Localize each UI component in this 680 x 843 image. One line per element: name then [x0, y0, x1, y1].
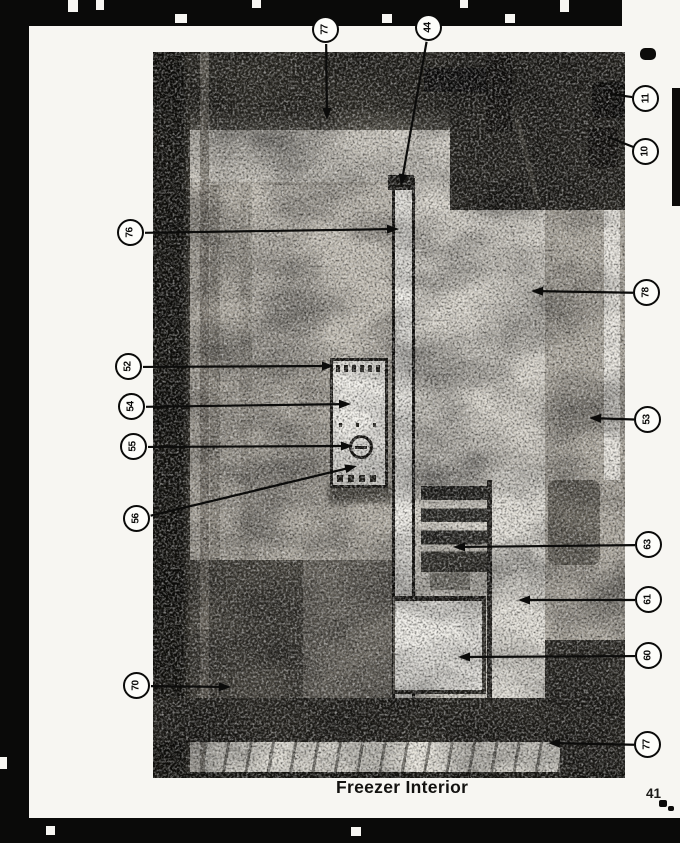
callout-70-14: 70 [123, 672, 150, 699]
freezer-interior-photo [153, 52, 625, 778]
panel-foot [337, 475, 381, 482]
panel-vent-slots [336, 365, 382, 372]
photo-liner-edge [200, 52, 209, 778]
callout-10-3: 10 [632, 138, 659, 165]
hinge-part-lower [588, 128, 618, 168]
manual-page: 77441110767852545556536361607077 Freezer… [0, 0, 680, 843]
callout-label: 44 [423, 22, 434, 32]
scan-border-top [0, 0, 622, 26]
callout-label: 77 [320, 24, 331, 34]
border-notch [0, 757, 7, 769]
panel-screws [339, 423, 381, 427]
ice-maker [421, 486, 488, 572]
callout-11-2: 11 [632, 85, 659, 112]
callout-56-9: 56 [123, 505, 150, 532]
callout-label: 60 [643, 650, 654, 660]
callout-label: 11 [640, 94, 651, 104]
scan-edge-mark [668, 806, 674, 811]
freezer-control-panel [330, 358, 388, 488]
callout-61-12: 61 [635, 586, 662, 613]
callout-55-8: 55 [120, 433, 147, 460]
callout-44-1: 44 [415, 14, 442, 41]
border-notch [505, 14, 515, 23]
callout-label: 77 [642, 739, 653, 749]
callout-label: 78 [641, 287, 652, 297]
photo-bottom-shadow [153, 698, 625, 742]
callout-label: 76 [125, 227, 136, 237]
photo-wall-highlight [604, 210, 620, 480]
thermostat-knob [349, 435, 373, 459]
callout-53-10: 53 [634, 406, 661, 433]
border-notch [252, 0, 261, 8]
scan-edge-mark [659, 800, 667, 807]
border-notch [351, 827, 361, 836]
door-sill [205, 742, 560, 772]
callout-77-15: 77 [634, 731, 661, 758]
border-notch [175, 14, 187, 23]
callout-52-6: 52 [115, 353, 142, 380]
callout-78-5: 78 [633, 279, 660, 306]
border-notch [560, 0, 569, 12]
shelf-front [492, 470, 545, 710]
callout-77-0: 77 [312, 16, 339, 43]
border-notch [46, 826, 55, 835]
hinge-bracket-vertical [486, 55, 512, 132]
callout-60-13: 60 [635, 642, 662, 669]
scan-edge-mark [640, 48, 656, 60]
callout-label: 55 [128, 441, 139, 451]
callout-label: 54 [126, 401, 137, 411]
hinge-part-upper [592, 82, 625, 118]
photo-wall-shadow [548, 480, 600, 565]
photo-cabinet-edge [153, 52, 190, 778]
border-notch [460, 0, 468, 8]
center-mullion-cap [388, 175, 414, 190]
callout-label: 53 [642, 414, 653, 424]
border-notch [96, 0, 104, 10]
knob-slot [355, 446, 367, 449]
border-notch [68, 0, 78, 12]
callout-label: 52 [123, 361, 134, 371]
callout-54-7: 54 [118, 393, 145, 420]
callout-label: 56 [131, 513, 142, 523]
callout-label: 10 [640, 146, 651, 156]
page-number: 41 [646, 786, 661, 801]
callout-label: 70 [131, 680, 142, 690]
scan-border-bottom [0, 818, 680, 843]
border-notch [382, 14, 392, 23]
photo-ceiling-light [250, 185, 392, 360]
callout-63-11: 63 [635, 531, 662, 558]
ice-bucket [393, 596, 486, 694]
scan-border-left [0, 0, 29, 843]
ice-maker-shadow [430, 572, 470, 590]
photo-lower-left [303, 560, 392, 698]
figure-caption: Freezer Interior [336, 777, 468, 798]
callout-label: 61 [643, 594, 654, 604]
callout-76-4: 76 [117, 219, 144, 246]
photo-ceiling-highlight [190, 130, 392, 182]
callout-label: 63 [643, 539, 654, 549]
scan-edge-mark [672, 88, 680, 206]
